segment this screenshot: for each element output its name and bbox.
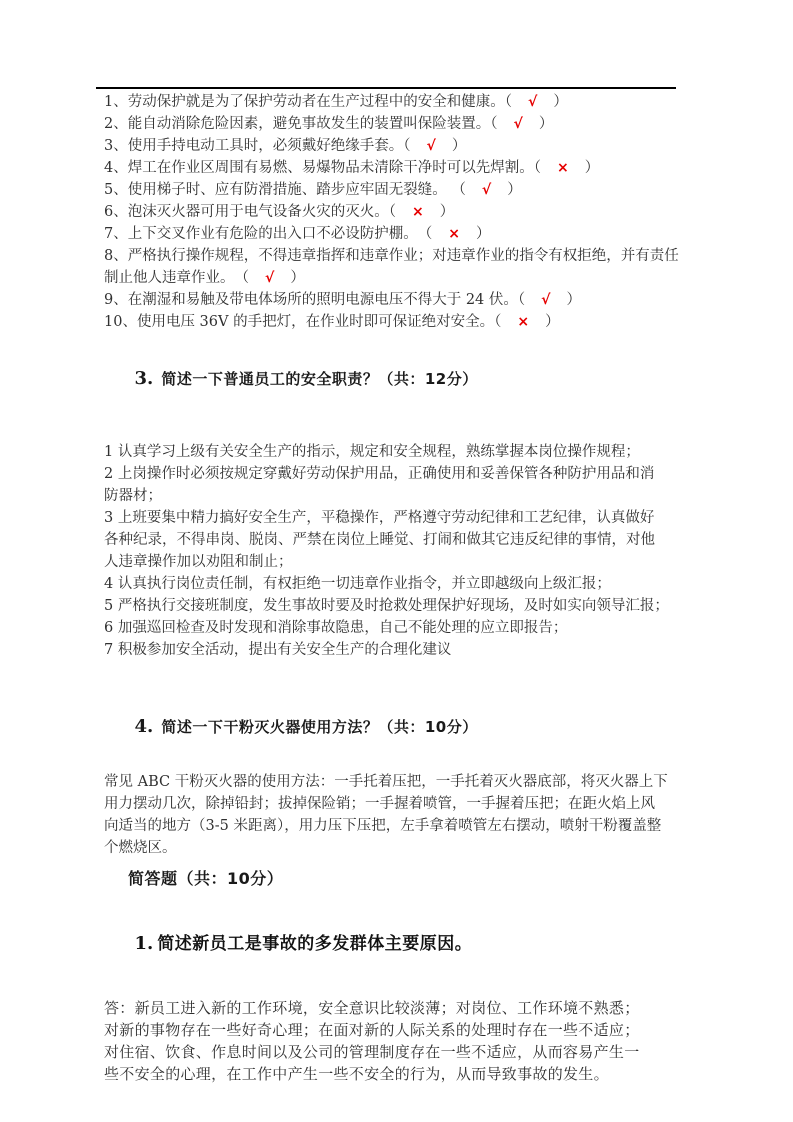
tf-question-6: 6、泡沫灭火器可用于电气设备火灾的灭火。（×） [104, 201, 696, 223]
short-answer-question1-heading: 1.简述新员工是事故的多发群体主要原因。 [104, 905, 696, 983]
question3-heading: 3.简述一下普通员工的安全职责？（共：12分） [104, 343, 696, 415]
tf-question-close: ） [290, 270, 305, 286]
tf-question-text: 4、焊工在作业区周围有易燃、易爆物品未清除干净时可以先焊割。（ [104, 160, 541, 176]
question4-number: 4. [135, 716, 154, 737]
answer-check-mark: √ [497, 116, 538, 132]
tf-question-text: 10、使用电压 36V 的手把灯，在作业时即可保证绝对安全。（ [104, 314, 501, 330]
tf-question-text: 8、严格执行操作规程，不得违章指挥和违章作业；对违章作业的指令有权拒绝，并有责任… [104, 248, 679, 286]
question3-title: 简述一下普通员工的安全职责？（共：12分） [161, 370, 477, 388]
answer-check-mark: √ [466, 182, 507, 198]
tf-question-1: 1、劳动保护就是为了保护劳动者在生产过程中的安全和健康。（√） [104, 91, 696, 113]
tf-question-4: 4、焊工在作业区周围有易燃、易爆物品未清除干净时可以先焊割。（×） [104, 157, 696, 179]
short-answer-question1-number: 1. [135, 933, 154, 954]
tf-question-text: 2、能自动消除危险因素，避免事故发生的装置叫保险装置。（ [104, 116, 497, 132]
tf-question-5: 5、使用梯子时、应有防滑措施、踏步应牢固无裂缝。 （√） [104, 179, 696, 201]
answer-cross-mark: × [432, 226, 476, 242]
tf-question-7: 7、上下交叉作业有危险的出入口不必设防护棚。 （×） [104, 223, 696, 245]
tf-question-9: 9、在潮湿和易触及带电体场所的照明电源电压不得大于 24 伏。（√） [104, 289, 696, 311]
tf-question-close: ） [545, 314, 560, 330]
header-rule [96, 87, 676, 89]
answer-check-mark: √ [525, 292, 566, 308]
tf-question-text: 1、劳动保护就是为了保护劳动者在生产过程中的安全和健康。（ [104, 94, 512, 110]
tf-question-close: ） [476, 226, 491, 242]
true-false-question-list: 1、劳动保护就是为了保护劳动者在生产过程中的安全和健康。（√） 2、能自动消除危… [104, 91, 696, 333]
document-content: 1、劳动保护就是为了保护劳动者在生产过程中的安全和健康。（√） 2、能自动消除危… [104, 91, 696, 1085]
tf-question-text: 5、使用梯子时、应有防滑措施、踏步应牢固无裂缝。 （ [104, 182, 466, 198]
answer-check-mark: √ [410, 138, 451, 154]
tf-question-close: ） [567, 292, 582, 308]
tf-question-close: ） [440, 204, 455, 220]
answer-cross-mark: × [396, 204, 440, 220]
tf-question-text: 9、在潮湿和易触及带电体场所的照明电源电压不得大于 24 伏。（ [104, 292, 525, 308]
document-page: 1、劳动保护就是为了保护劳动者在生产过程中的安全和健康。（√） 2、能自动消除危… [0, 0, 793, 1122]
tf-question-10: 10、使用电压 36V 的手把灯，在作业时即可保证绝对安全。（×） [104, 311, 696, 333]
answer-check-mark: √ [512, 94, 553, 110]
tf-question-close: ） [585, 160, 600, 176]
question4-title: 简述一下干粉灭火器使用方法？（共：10分） [161, 718, 477, 736]
answer-cross-mark: × [541, 160, 585, 176]
tf-question-close: ） [553, 94, 568, 110]
question3-number: 3. [135, 368, 154, 389]
short-answer-section-header: 简答题（共：10分） [128, 867, 696, 891]
tf-question-text: 6、泡沫灭火器可用于电气设备火灾的灭火。（ [104, 204, 396, 220]
tf-question-2: 2、能自动消除危险因素，避免事故发生的装置叫保险装置。（√） [104, 113, 696, 135]
tf-question-close: ） [539, 116, 554, 132]
question4-answer-body: 常见 ABC 干粉灭火器的使用方法：一手托着压把，一手托着灭火器底部，将灭火器上… [104, 771, 696, 859]
tf-question-close: ） [452, 138, 467, 154]
short-answer-question1-answer: 答：新员工进入新的工作环境，安全意识比较淡薄；对岗位、工作环境不熟悉； 对新的事… [104, 997, 696, 1085]
tf-question-text: 7、上下交叉作业有危险的出入口不必设防护棚。 （ [104, 226, 432, 242]
tf-question-3: 3、使用手持电动工具时，必须戴好绝缘手套。（√） [104, 135, 696, 157]
tf-question-close: ） [507, 182, 522, 198]
short-answer-question1-title: 简述新员工是事故的多发群体主要原因。 [157, 934, 472, 954]
tf-question-8: 8、严格执行操作规程，不得违章指挥和违章作业；对违章作业的指令有权拒绝，并有责任… [104, 245, 696, 289]
question3-answer-body: 1 认真学习上级有关安全生产的指示，规定和安全规程，熟练掌握本岗位操作规程； 2… [104, 441, 696, 661]
answer-check-mark: √ [249, 270, 290, 286]
question4-heading: 4.简述一下干粉灭火器使用方法？（共：10分） [104, 691, 696, 763]
answer-cross-mark: × [501, 314, 545, 330]
tf-question-text: 3、使用手持电动工具时，必须戴好绝缘手套。（ [104, 138, 410, 154]
